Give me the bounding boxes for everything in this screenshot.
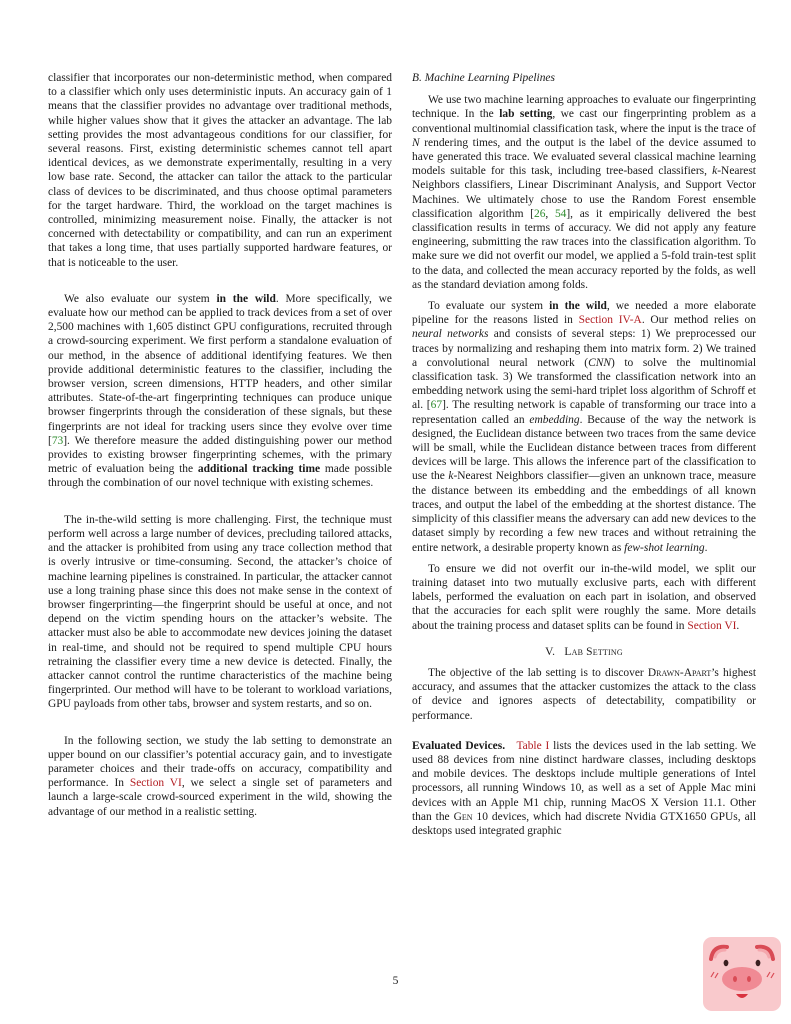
right-paragraph-5: Evaluated Devices. Table I lists the dev…	[412, 739, 756, 838]
left-paragraph-1: classifier that incorporates our non-det…	[48, 71, 392, 270]
section-vi-link[interactable]: Section VI	[130, 777, 182, 789]
right-paragraph-2: To evaluate our system in the wild, we n…	[412, 299, 756, 555]
section-heading: V. Lab Setting	[412, 645, 756, 659]
section-vi-link[interactable]: Section VI	[687, 620, 736, 632]
math-var-n: N	[412, 137, 420, 149]
emphasis-in-the-wild: in the wild	[216, 293, 275, 305]
section-title-text: Lab Setting	[564, 646, 622, 658]
left-column: classifier that incorporates our non-det…	[48, 71, 392, 819]
right-paragraph-1: We use two machine learning approaches t…	[412, 93, 756, 292]
left-paragraph-3: The in-the-wild setting is more challeng…	[48, 513, 392, 712]
gen-label: Gen	[454, 811, 473, 823]
table-i-link[interactable]: Table I	[516, 740, 549, 752]
right-paragraph-4: The objective of the lab setting is to d…	[412, 666, 756, 723]
subsection-heading: B. Machine Learning Pipelines	[412, 71, 756, 85]
emphasis-in-the-wild: in the wild	[549, 300, 607, 312]
section-iv-a-link[interactable]: Section IV-A	[579, 314, 642, 326]
right-paragraph-3: To ensure we did not overfit our in-the-…	[412, 562, 756, 633]
emphasis-cnn: CNN	[588, 357, 611, 369]
pig-watermark-icon	[703, 937, 781, 1011]
left-paragraph-4: In the following section, we study the l…	[48, 734, 392, 819]
emphasis-neural-networks: neural networks	[412, 328, 488, 340]
page-number: 5	[0, 975, 791, 987]
system-name: Drawn-Apart	[648, 667, 711, 679]
citation-link-67[interactable]: 67	[431, 399, 442, 411]
emphasis-few-shot-learning: few-shot learning	[624, 542, 704, 554]
emphasis-lab-setting: lab setting	[499, 108, 552, 120]
left-paragraph-2: We also evaluate our system in the wild.…	[48, 292, 392, 491]
emphasis-additional-tracking-time: additional tracking time	[198, 463, 320, 475]
right-column: B. Machine Learning Pipelines We use two…	[412, 71, 756, 838]
paragraph-lead-evaluated-devices: Evaluated Devices.	[412, 740, 505, 752]
citation-link-54[interactable]: 54	[555, 208, 566, 220]
citation-link-73[interactable]: 73	[52, 435, 63, 447]
emphasis-embedding: embedding	[529, 414, 579, 426]
citation-link-26[interactable]: 26	[534, 208, 545, 220]
section-number: V.	[545, 646, 555, 658]
